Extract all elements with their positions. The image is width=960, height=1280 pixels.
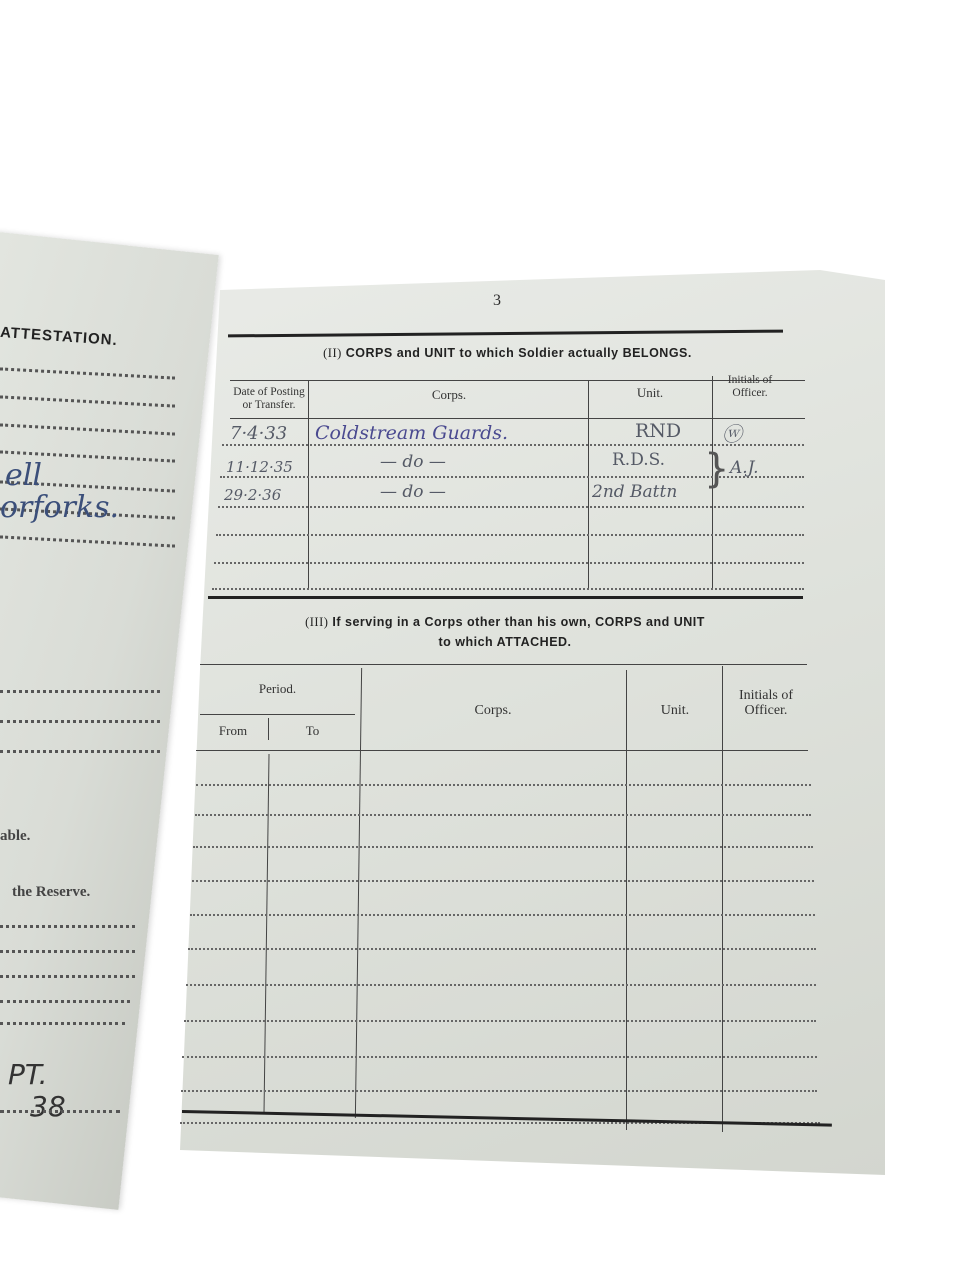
col-header-initials: Initials of Officer. — [724, 688, 808, 718]
handwritten-text: orforks. — [0, 490, 119, 525]
section-3-header-bottom-rule — [196, 750, 808, 751]
row-1-corps: Coldstream Guards. — [315, 422, 508, 444]
column-divider — [722, 666, 723, 1132]
section-2-title: (II) CORPS and UNIT to which Soldier act… — [230, 346, 785, 361]
table-row-line — [214, 562, 804, 564]
dotted-line — [0, 975, 135, 978]
row-2-unit: R.D.S. — [612, 450, 665, 470]
table-row-line — [218, 506, 804, 508]
table-row-line — [184, 1020, 816, 1022]
column-divider — [626, 670, 627, 1130]
dotted-line — [0, 1000, 130, 1003]
col-header-unit: Unit. — [590, 386, 710, 399]
column-divider — [268, 718, 269, 740]
dotted-line — [0, 925, 135, 928]
table-row-line — [192, 880, 814, 882]
table-row-line — [188, 948, 816, 950]
page-number: 3 — [493, 292, 501, 310]
left-page-text: able. — [0, 828, 30, 845]
table-row-line — [196, 784, 811, 786]
section-3-title-line2: to which ATTACHED. — [205, 632, 805, 652]
col-header-to: To — [270, 724, 355, 737]
section-2-bottom-rule — [208, 596, 803, 599]
table-row-line — [182, 1056, 817, 1058]
handwritten-text: 38 — [30, 1090, 66, 1123]
column-divider — [308, 380, 309, 590]
dotted-line — [0, 720, 160, 723]
row-1-unit: RND — [635, 420, 681, 442]
header-rule — [230, 380, 805, 381]
section-2-title-text: CORPS and UNIT to which Soldier actually… — [346, 346, 692, 360]
col-header-unit: Unit. — [628, 704, 722, 717]
row-3-corps: — do — — [380, 482, 446, 502]
row-1-initials: ⓦ — [722, 418, 742, 447]
col-header-period: Period. — [200, 682, 355, 695]
row-2-date: 11·12·35 — [226, 458, 293, 476]
section-3-numeral: (III) — [305, 615, 328, 629]
period-rule — [200, 714, 355, 715]
table-row-line — [181, 1090, 817, 1092]
dotted-line — [0, 1022, 125, 1025]
col-header-from: From — [200, 724, 266, 737]
dotted-line — [0, 950, 135, 953]
row-1-date: 7·4·33 — [230, 423, 287, 444]
brace-mark: } — [704, 446, 729, 492]
col-header-corps: Corps. — [310, 388, 588, 401]
col-header-date: Date of Posting or Transfer. — [230, 386, 308, 412]
section-3-top-rule — [200, 664, 807, 665]
section-3-title: (III) If serving in a Corps other than h… — [205, 612, 805, 652]
dotted-line — [0, 750, 160, 753]
handwritten-text: ell — [5, 458, 42, 493]
dotted-line — [0, 1110, 120, 1113]
table-row-line — [195, 814, 811, 816]
table-row-line — [212, 588, 804, 590]
row-3-date: 29·2·36 — [224, 486, 281, 504]
column-divider — [588, 380, 589, 590]
row-2-initials: A.J. — [730, 458, 759, 478]
section-3-title-line1: If serving in a Corps other than his own… — [332, 615, 704, 629]
left-page-text: the Reserve. — [12, 884, 90, 901]
table-row-line — [193, 846, 813, 848]
handwritten-text: PT. — [8, 1058, 48, 1091]
row-2-corps: — do — — [380, 452, 446, 472]
col-header-initials: Initials of Officer. — [720, 374, 780, 400]
table-row-line — [216, 534, 804, 536]
dotted-line — [0, 690, 160, 693]
header-bottom-rule — [230, 418, 805, 419]
table-row-line — [190, 914, 815, 916]
section-2-numeral: (II) — [323, 346, 342, 360]
col-header-corps: Corps. — [360, 704, 626, 717]
row-3-unit: 2nd Battn — [592, 482, 677, 502]
table-row-line — [186, 984, 816, 986]
